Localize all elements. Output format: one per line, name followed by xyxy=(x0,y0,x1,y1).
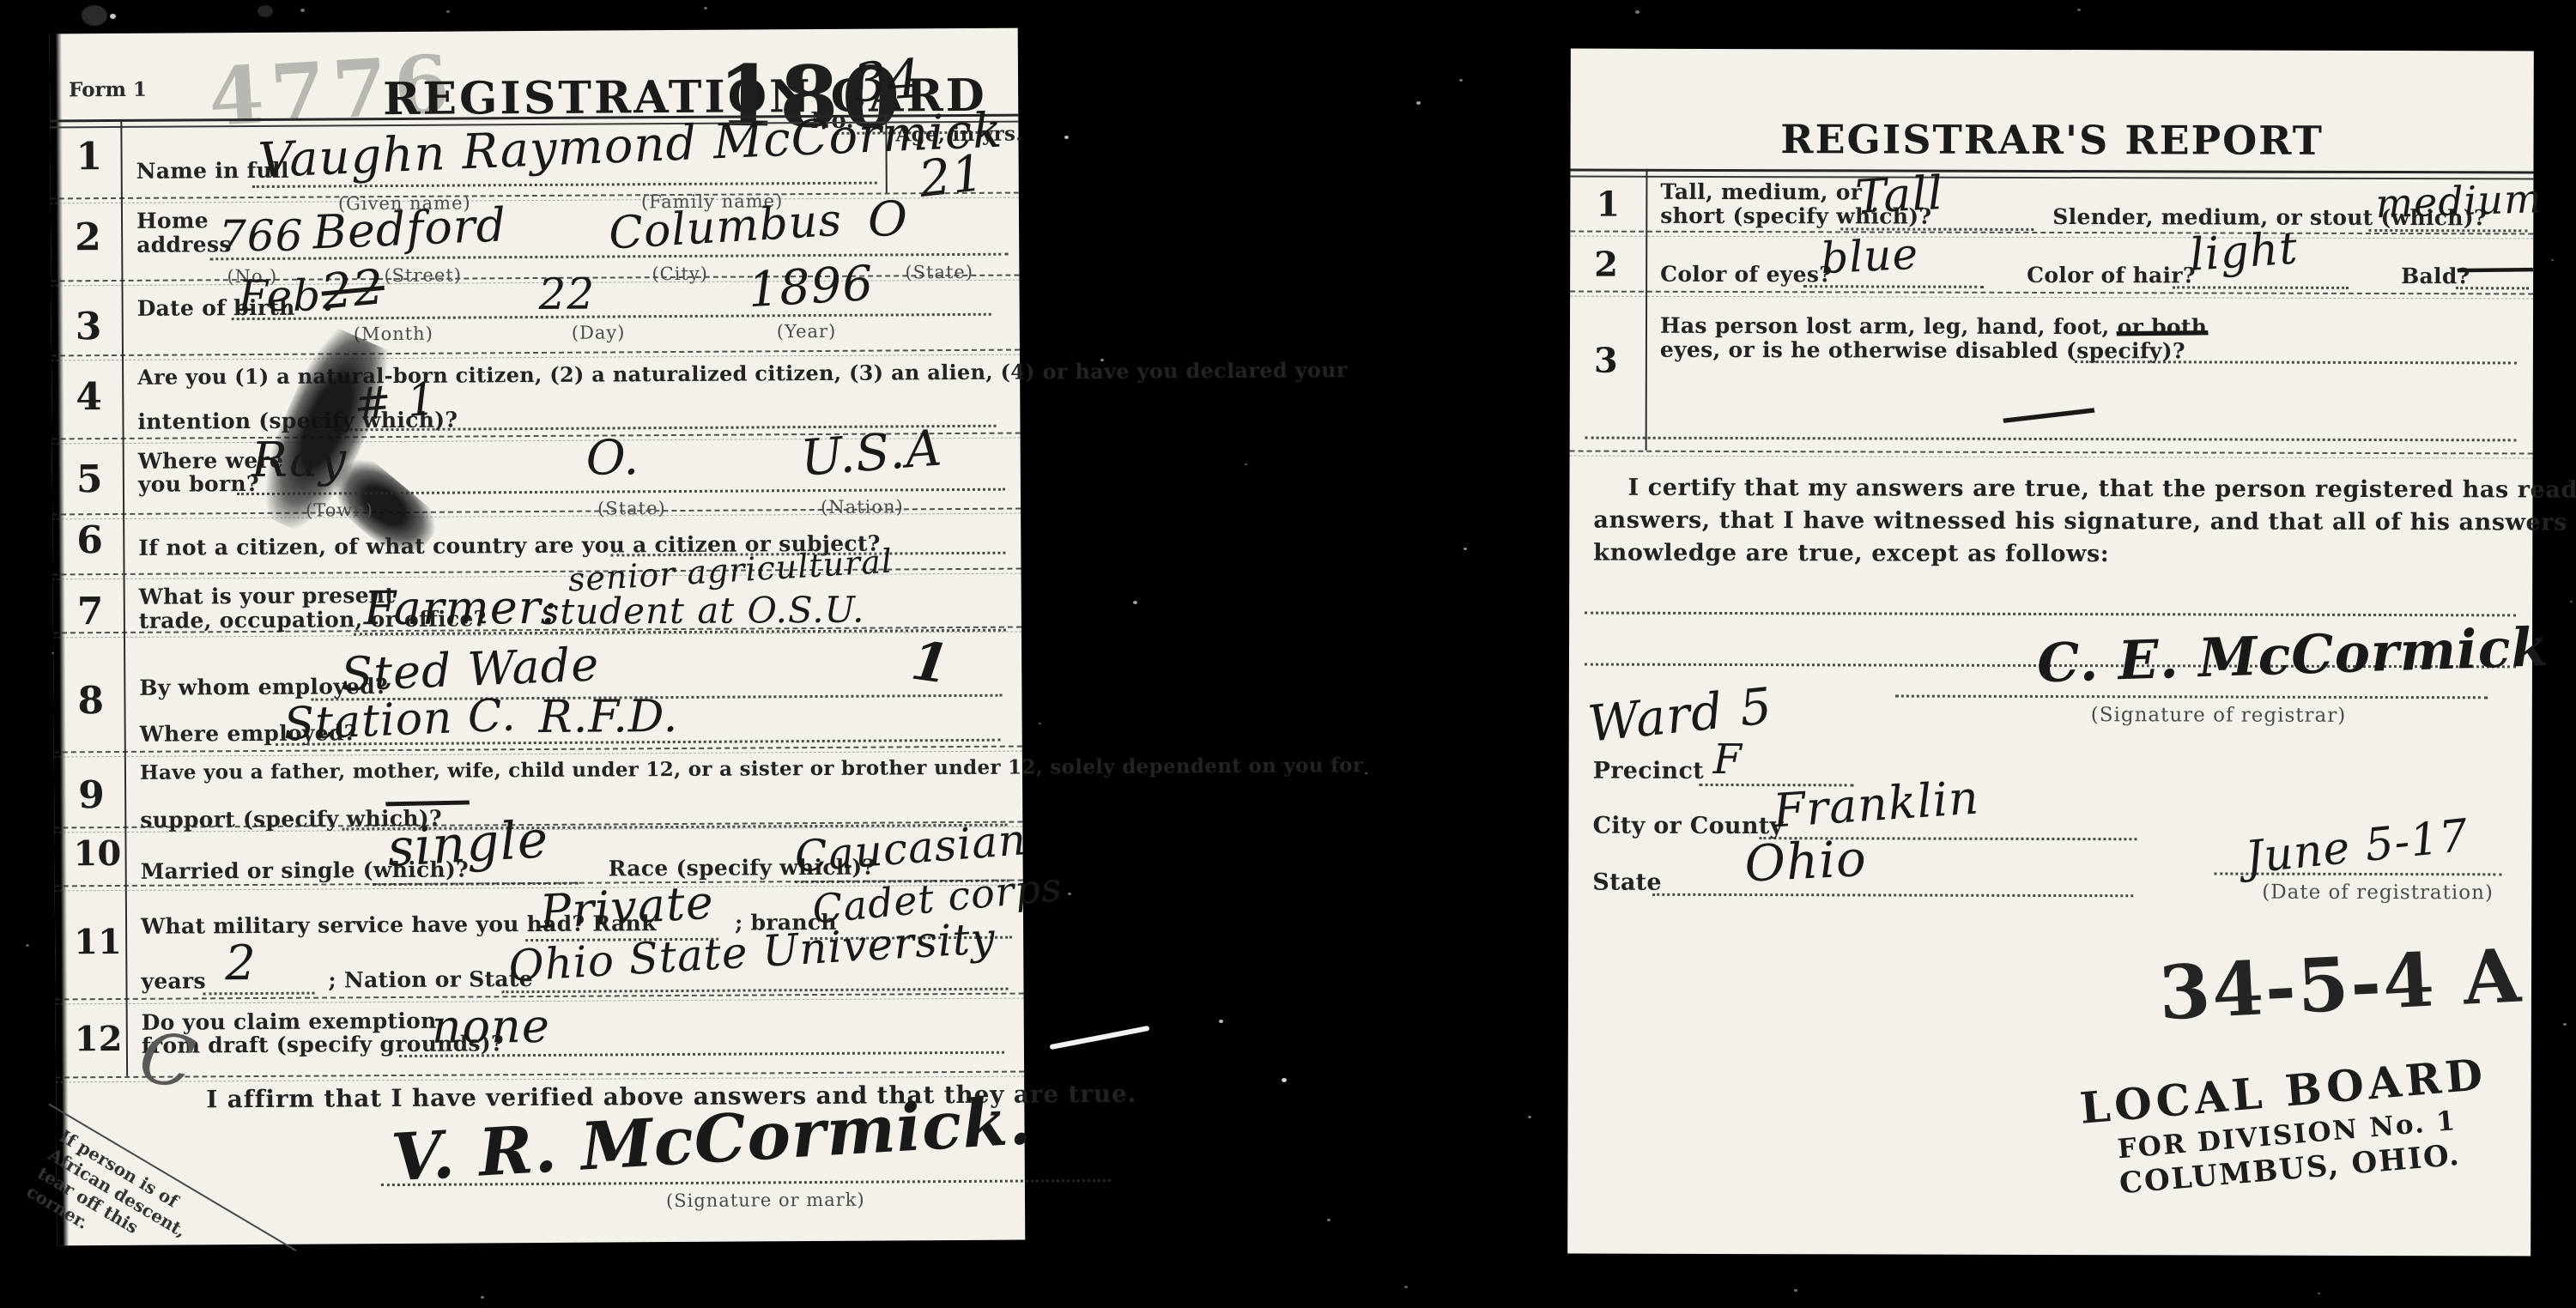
form-number-label: Form 1 xyxy=(69,78,147,102)
q2-number: 2 xyxy=(75,215,101,259)
q9-number: 9 xyxy=(78,773,105,817)
registration-card: Form 1 4776 REGISTRATION CARD 180 No. 34… xyxy=(50,28,1026,1246)
noise-speck xyxy=(704,7,707,9)
noise-speck xyxy=(1100,359,1104,361)
noise-speck xyxy=(2570,601,2573,603)
q7-number: 7 xyxy=(77,590,104,633)
q6-number: 6 xyxy=(76,518,103,562)
noise-speck xyxy=(52,652,54,654)
q10-number: 10 xyxy=(73,833,121,874)
noise-speck xyxy=(1064,136,1069,139)
scanned-document-page: Form 1 4776 REGISTRATION CARD 180 No. 34… xyxy=(0,0,2576,1308)
q9-value: — xyxy=(380,780,416,822)
r3-answer-line-2 xyxy=(1585,437,2517,442)
signature-caption: (Signature or mark) xyxy=(666,1190,865,1211)
r3-answer-line-1 xyxy=(2075,360,2517,364)
registration-date-caption: (Date of registration) xyxy=(2262,881,2494,905)
noise-speck xyxy=(1219,1020,1223,1023)
noise-speck xyxy=(2551,259,2554,261)
certification-line-3: knowledge are true, except as follows: xyxy=(1593,540,2109,568)
q2-sub-state: (State) xyxy=(905,262,973,282)
q5-state-value: O. xyxy=(586,430,640,486)
q11-value-3: 2 xyxy=(225,936,257,991)
city-county-value: Franklin xyxy=(1772,770,1981,838)
certification-line-1: I certify that my answers are true, that… xyxy=(1627,475,2576,504)
q5-sub-town: (Town) xyxy=(306,500,373,520)
q7-value: Farmer: xyxy=(364,580,558,635)
q2-sub-street: (Street) xyxy=(384,265,462,287)
q7-value-2: student at O.S.U. xyxy=(541,589,865,633)
noise-speck xyxy=(1404,1286,1408,1288)
q2-no-value: 766 xyxy=(219,211,304,262)
board-code-stamp: 34-5-4 A xyxy=(2157,932,2524,1037)
exception-line-1 xyxy=(1585,612,2516,617)
r3-value: — xyxy=(2111,307,2150,354)
noise-speck xyxy=(1528,1116,1531,1118)
corner-note: If person is of African descent, tear of… xyxy=(22,1125,201,1279)
noise-speck xyxy=(300,9,305,12)
r2-answer-line-2 xyxy=(2173,286,2349,289)
registrar-signature-caption: (Signature of registrar) xyxy=(2091,704,2346,727)
card-title: REGISTRAR'S REPORT xyxy=(1570,116,2533,165)
q3-sub-year: (Year) xyxy=(777,321,837,342)
noise-speck xyxy=(1459,79,1463,82)
q2-label-2: address xyxy=(136,232,232,257)
no-value: 34 xyxy=(850,47,924,115)
q8-mark: 1 xyxy=(908,629,954,696)
number-column-rule xyxy=(1646,169,1648,451)
precinct-value: F xyxy=(1713,736,1743,784)
noise-speck xyxy=(258,5,273,17)
noise-speck xyxy=(82,5,107,26)
noise-speck xyxy=(1416,101,1421,105)
q11-value-1: Private xyxy=(538,875,715,939)
local-board-stamp: LOCAL BOARD FOR DIVISION No. 1 COLUMBUS,… xyxy=(2037,1045,2535,1208)
q9-question-1: Have you a father, mother, wife, child u… xyxy=(140,754,1364,784)
q2-street-value: Bedford xyxy=(312,197,507,259)
scan-edge xyxy=(50,33,70,1245)
dash-mark: — xyxy=(2109,306,2215,354)
q3-sub-day: (Day) xyxy=(572,322,626,342)
precinct-label: Precinct xyxy=(1593,758,1704,784)
r2-number: 2 xyxy=(1594,245,1618,285)
registrar-signature-line xyxy=(1895,695,2488,699)
r1-label-1: Tall, medium, or xyxy=(1660,179,1862,205)
q2-state-value: O xyxy=(868,191,908,247)
noise-speck xyxy=(2563,1023,2567,1026)
noise-speck xyxy=(26,944,29,947)
r1-answer-line-2 xyxy=(2368,229,2527,232)
noise-speck xyxy=(446,10,450,13)
registrar-signature: C. E. McCormick xyxy=(2036,615,2550,694)
noise-speck xyxy=(1794,1289,1797,1292)
q3-year-value: 1896 xyxy=(747,256,876,318)
r1-value-2: medium xyxy=(2375,175,2543,227)
state-value: Ohio xyxy=(1743,829,1869,893)
q8-value-2b: R.F.D. xyxy=(538,691,678,743)
noise-speck xyxy=(1327,1219,1330,1221)
registrars-report-card: REGISTRAR'S REPORT 1 Tall, medium, or sh… xyxy=(1567,49,2534,1257)
q2-label-1: Home xyxy=(136,208,209,233)
r2-value-3: — xyxy=(2452,248,2485,287)
r3-number: 3 xyxy=(1594,341,1618,381)
r2-value-1: blue xyxy=(1820,229,1920,284)
q5-sub-nation: (Nation) xyxy=(821,496,904,518)
q11-number: 11 xyxy=(74,922,122,962)
q8-number: 8 xyxy=(77,679,104,723)
r2-label-2: Color of hair? xyxy=(2027,263,2196,288)
r2-answer-line-1 xyxy=(1803,285,1984,288)
scratch-mark xyxy=(1050,1026,1150,1050)
state-label: State xyxy=(1592,869,1662,896)
q7-label-1: What is your present xyxy=(139,583,396,609)
row-divider xyxy=(52,349,1020,361)
row-divider xyxy=(1570,451,2533,459)
noise-speck xyxy=(110,14,116,19)
noise-speck xyxy=(1282,1078,1287,1082)
row-divider xyxy=(54,746,1022,758)
noise-speck xyxy=(1635,10,1640,14)
q10-value-1: single xyxy=(386,809,551,879)
r2-answer-line-3 xyxy=(2456,287,2529,289)
r1-value-1: Tall xyxy=(1854,166,1945,224)
state-line xyxy=(1652,893,2133,897)
q1-number: 1 xyxy=(76,135,102,179)
noise-speck xyxy=(2318,1293,2320,1294)
noise-speck xyxy=(481,1296,484,1299)
row-divider xyxy=(1570,291,2533,300)
r2-value-2: light xyxy=(2188,222,2300,281)
noise-speck xyxy=(2077,9,2081,11)
noise-speck xyxy=(1365,772,1367,774)
q5-number: 5 xyxy=(76,457,103,501)
q11-label-4: ; Nation or State xyxy=(328,966,533,992)
q12-number: 12 xyxy=(75,1019,123,1059)
q11-answer-line-3 xyxy=(203,992,315,996)
dash-mark: — xyxy=(2451,247,2539,287)
r1-number: 1 xyxy=(1596,185,1620,225)
q4-number: 4 xyxy=(76,375,102,419)
noise-speck xyxy=(1068,893,1071,895)
noise-speck xyxy=(1133,601,1137,604)
q5-town-value: Ray xyxy=(252,432,348,488)
r2-label-1: Color of eyes? xyxy=(1660,262,1832,288)
r3-label-2: eyes, or is he otherwise disabled (speci… xyxy=(1660,337,2185,364)
q3-number: 3 xyxy=(76,305,102,348)
q5-nation-value: U.S.A xyxy=(798,418,944,487)
header-rule xyxy=(1570,169,2533,180)
q3-month-struck: 22 xyxy=(319,259,387,321)
noise-speck xyxy=(1464,548,1467,550)
q5-sub-state: (State) xyxy=(597,498,666,518)
certification-line-2: answers, that I have witnessed his signa… xyxy=(1593,507,2576,537)
q2-sub-city: (City) xyxy=(652,263,708,284)
row-divider xyxy=(51,275,1019,287)
r3-dash-2: — xyxy=(1995,391,2039,441)
noise-speck xyxy=(1039,723,1041,724)
dash-mark: — xyxy=(1993,384,2104,441)
ward-value: Ward 5 xyxy=(1585,676,1775,754)
q3-day-value: 22 xyxy=(538,269,595,319)
noise-speck xyxy=(1245,463,1247,465)
q12-value: none xyxy=(432,999,550,1054)
q11-label-3: years xyxy=(141,968,206,993)
